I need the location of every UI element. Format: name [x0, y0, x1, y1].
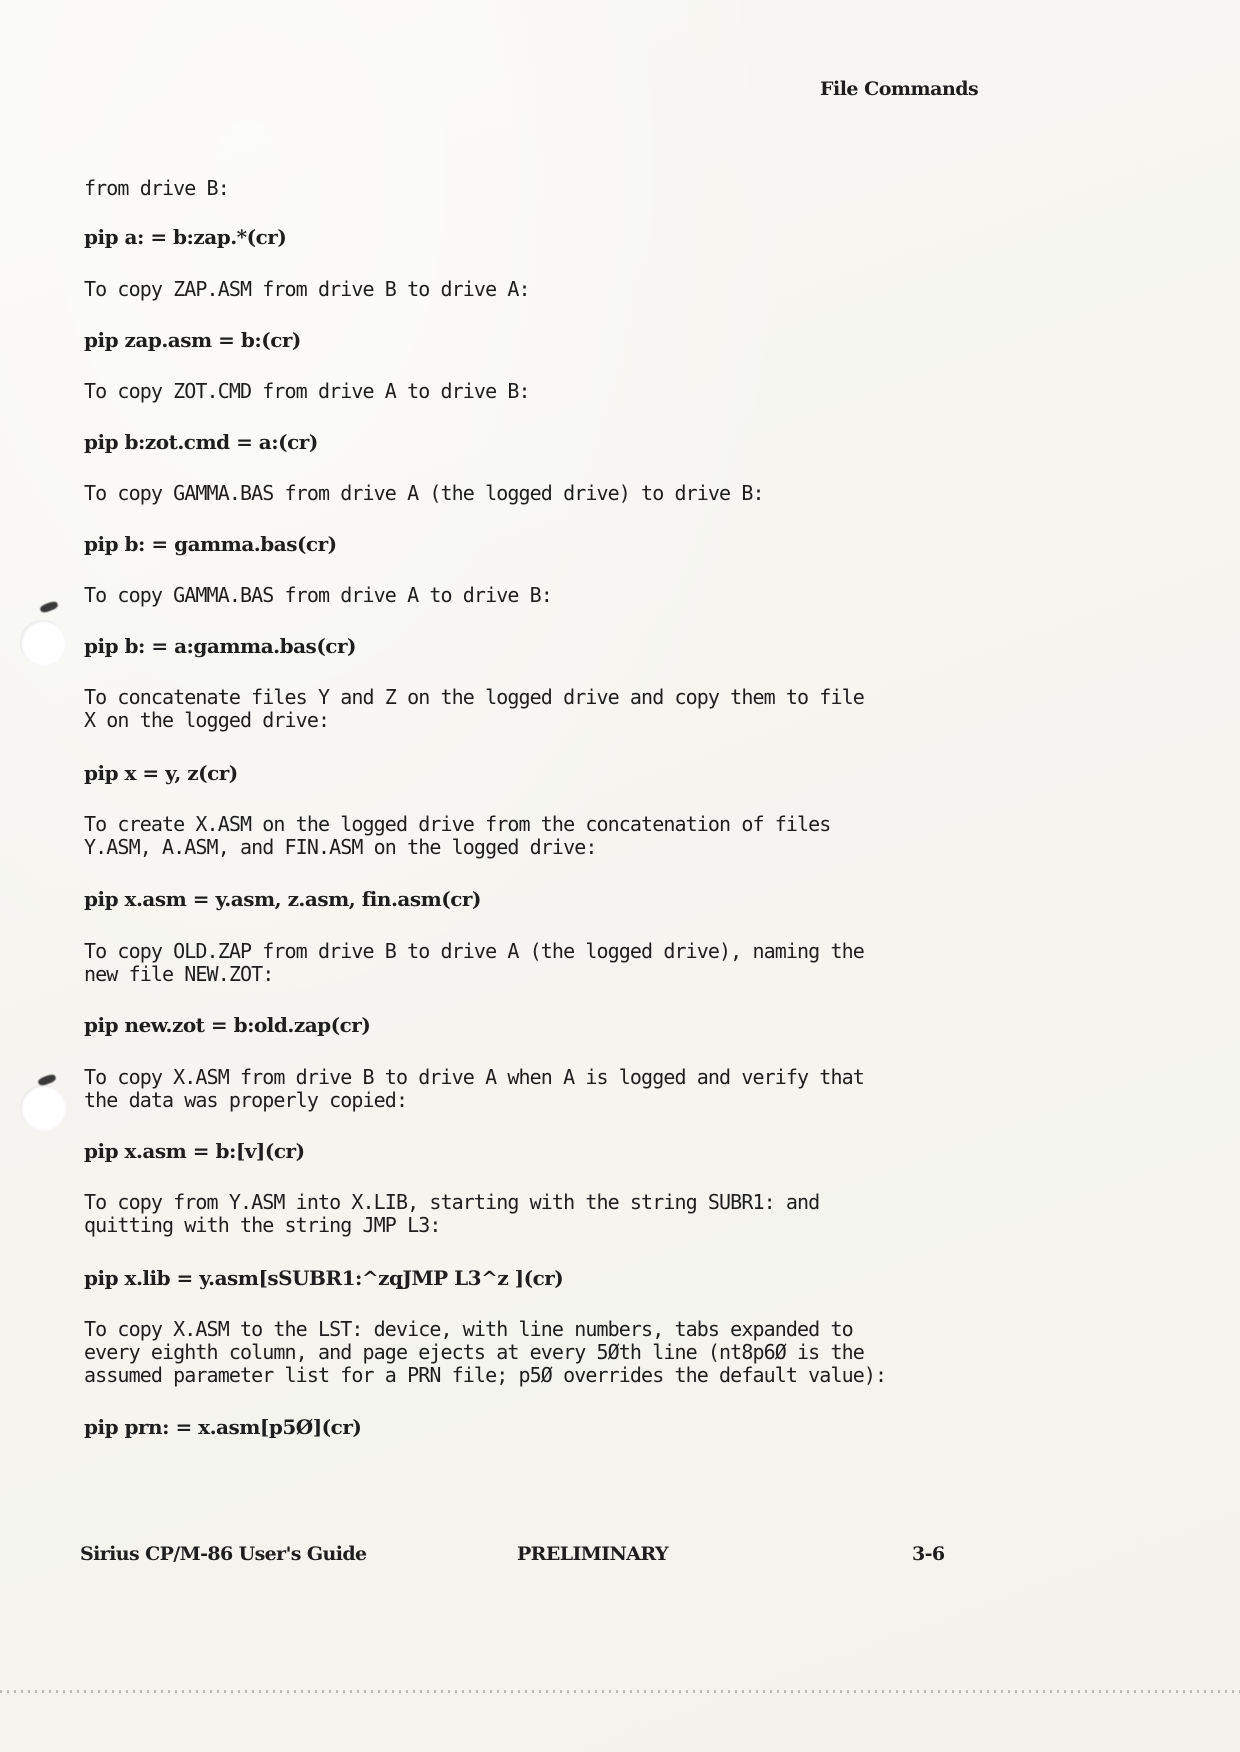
footer-book-title: Sirius CP/M-86 User's Guide — [80, 1543, 367, 1565]
punch-hole-2 — [20, 1085, 66, 1131]
paper-background — [0, 0, 1240, 1752]
description-text: To copy ZAP.ASM from drive B to drive A: — [84, 278, 530, 301]
punch-hole-1 — [20, 620, 66, 666]
command-example: pip zap.asm = b:(cr) — [84, 329, 301, 352]
command-example: pip new.zot = b:old.zap(cr) — [84, 1014, 370, 1037]
description-text: every eighth column, and page ejects at … — [84, 1341, 864, 1364]
section-header: File Commands — [820, 78, 978, 100]
description-text: new file NEW.ZOT: — [84, 963, 273, 986]
description-text: To concatenate files Y and Z on the logg… — [84, 686, 864, 709]
description-text: To copy GAMMA.BAS from drive A to drive … — [84, 584, 552, 607]
command-example: pip b: = gamma.bas(cr) — [84, 533, 337, 556]
description-text: To copy X.ASM from drive B to drive A wh… — [84, 1066, 864, 1089]
description-text: quitting with the string JMP L3: — [84, 1214, 441, 1237]
description-text: Y.ASM, A.ASM, and FIN.ASM on the logged … — [84, 836, 597, 859]
description-text: To copy GAMMA.BAS from drive A (the logg… — [84, 482, 764, 505]
command-example: pip a: = b:zap.*(cr) — [84, 226, 286, 249]
description-text: assumed parameter list for a PRN file; p… — [84, 1364, 886, 1387]
description-text: from drive B: — [84, 177, 229, 200]
command-example: pip b:zot.cmd = a:(cr) — [84, 431, 318, 454]
description-text: X on the logged drive: — [84, 709, 329, 732]
command-example: pip x = y, z(cr) — [84, 762, 238, 785]
footer-status: PRELIMINARY — [517, 1543, 668, 1565]
description-text: the data was properly copied: — [84, 1089, 407, 1112]
command-example: pip prn: = x.asm[p5Ø](cr) — [84, 1416, 361, 1439]
description-text: To copy OLD.ZAP from drive B to drive A … — [84, 940, 864, 963]
command-example: pip x.lib = y.asm[sSUBR1:^zqJMP L3^z ](c… — [84, 1267, 563, 1290]
description-text: To copy X.ASM to the LST: device, with l… — [84, 1318, 853, 1341]
command-example: pip x.asm = b:[v](cr) — [84, 1140, 305, 1163]
command-example: pip b: = a:gamma.bas(cr) — [84, 635, 356, 658]
perforation-line — [0, 1690, 1240, 1693]
description-text: To copy from Y.ASM into X.LIB, starting … — [84, 1191, 819, 1214]
description-text: To copy ZOT.CMD from drive A to drive B: — [84, 380, 530, 403]
description-text: To create X.ASM on the logged drive from… — [84, 813, 830, 836]
command-example: pip x.asm = y.asm, z.asm, fin.asm(cr) — [84, 888, 481, 911]
footer-page-number: 3-6 — [912, 1543, 945, 1565]
